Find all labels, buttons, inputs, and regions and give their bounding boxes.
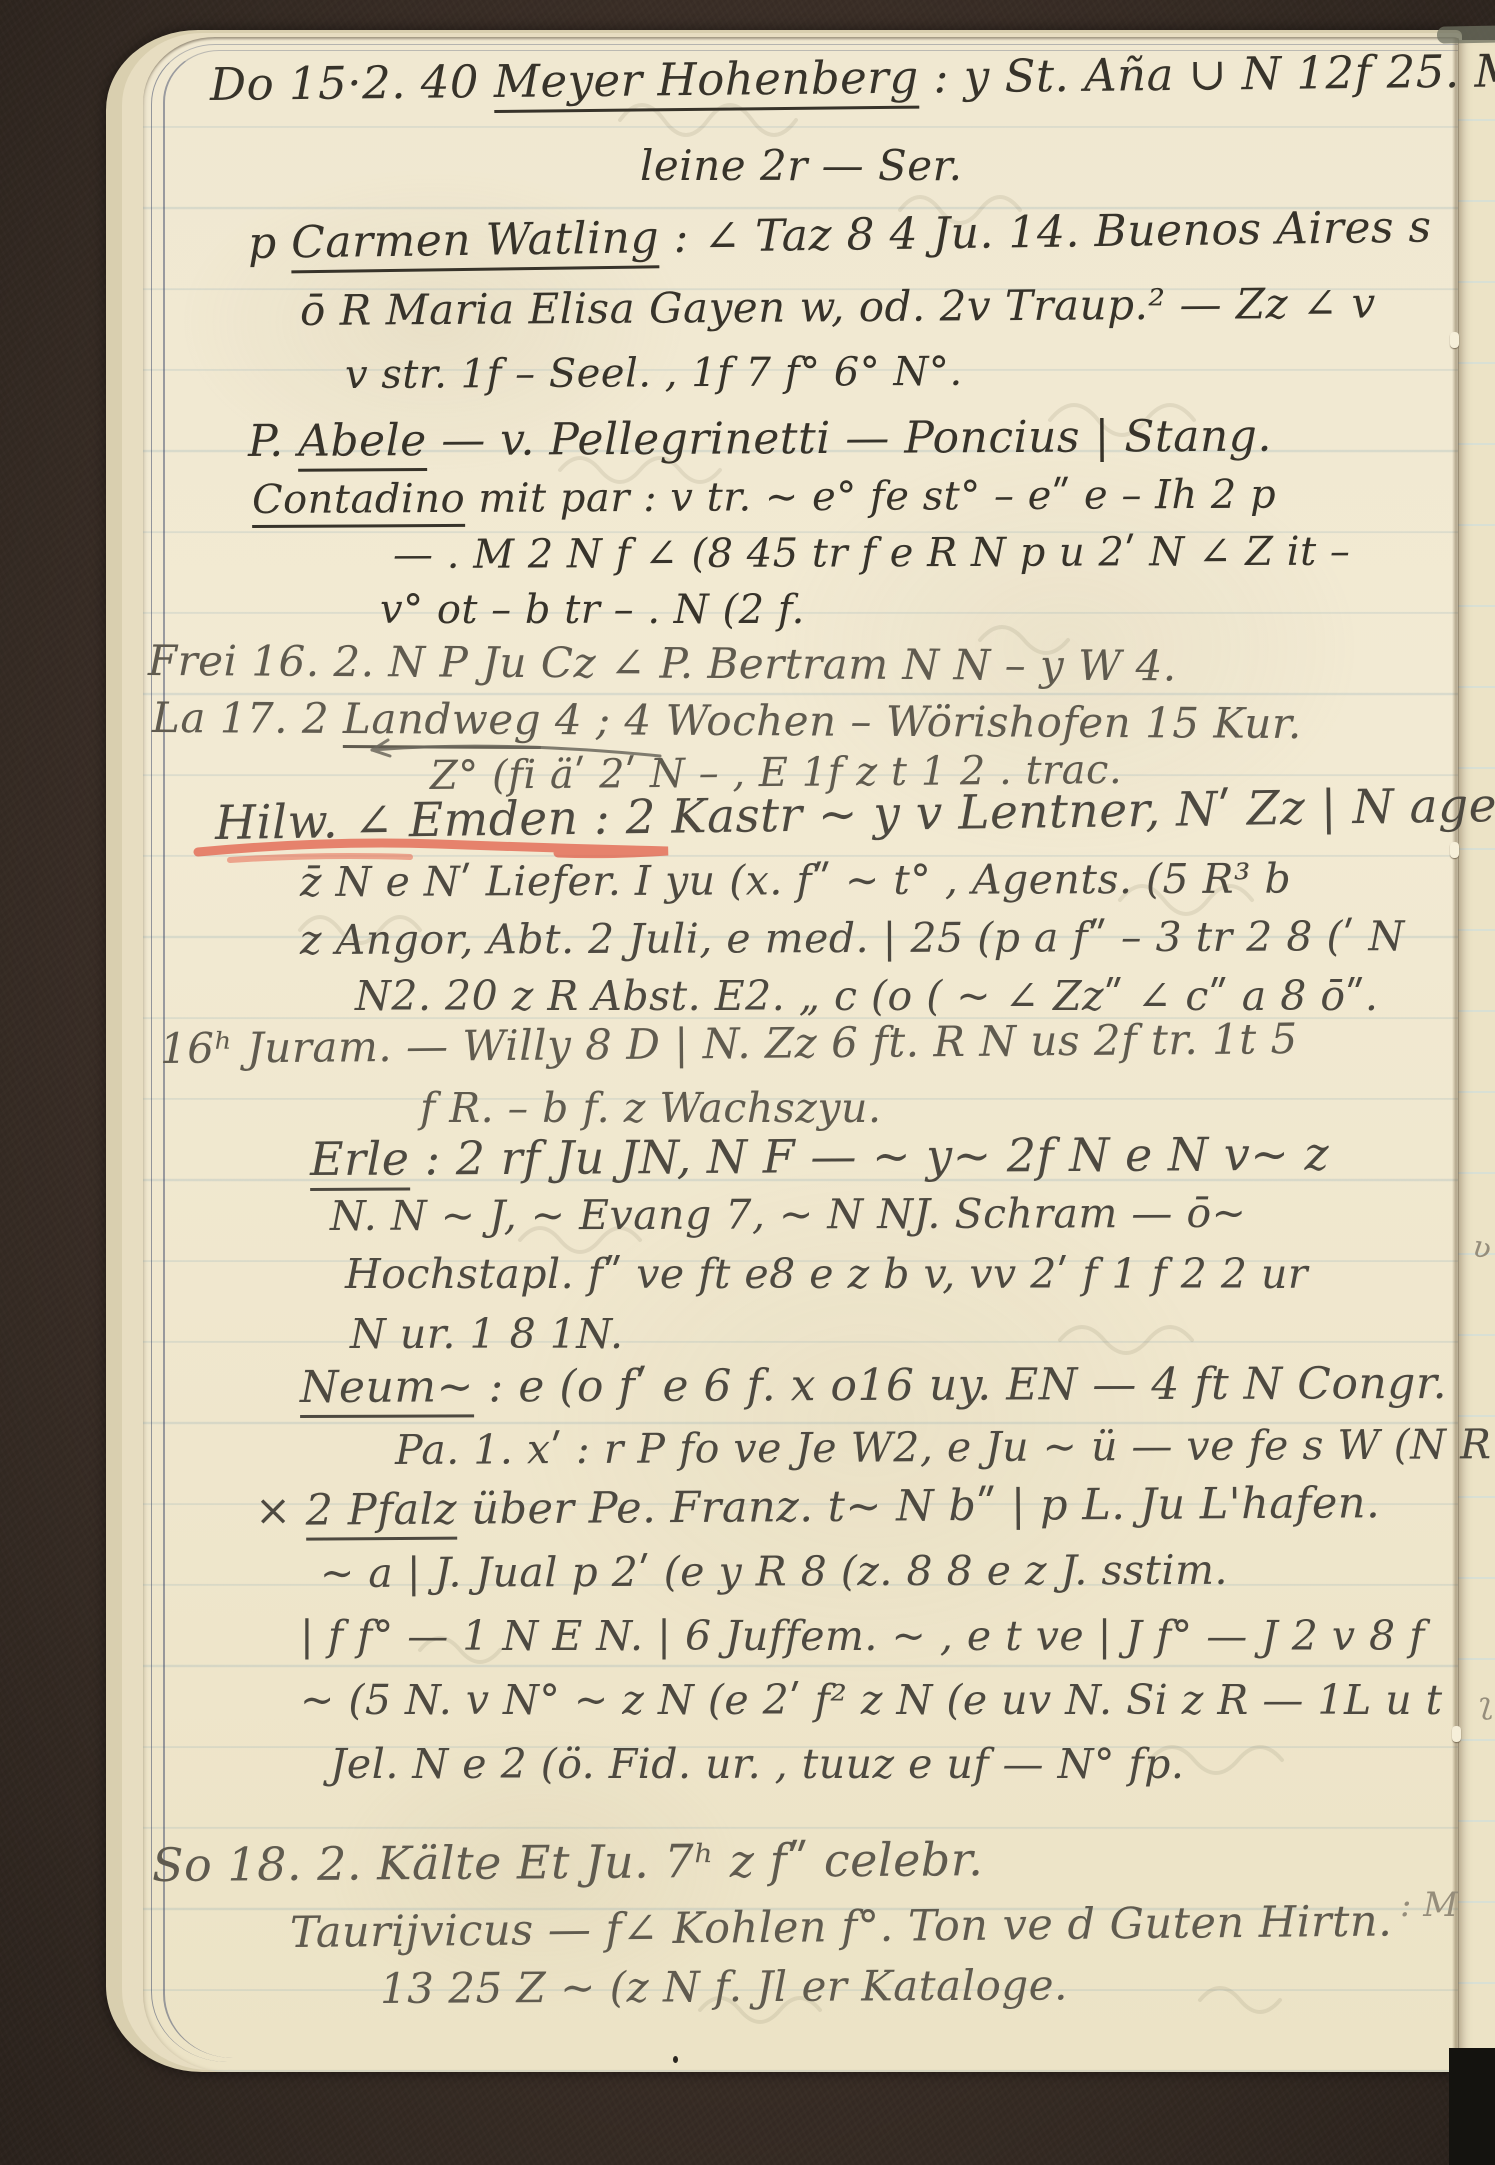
handwriting-line: So 18. 2. Kälte Et Ju. 7ʰ z fʺ celebr. bbox=[152, 1836, 984, 1888]
handwriting-segment: Taurijvicus — f∠ Kohlen f°. Ton ve d Gut… bbox=[290, 1896, 1393, 1958]
handwriting-segment: Hochstapl. fʺ ve ft e8 e z b v, vv 2ʹ f … bbox=[345, 1250, 1308, 1298]
handwriting-line: Hochstapl. fʺ ve ft e8 e z b v, vv 2ʹ f … bbox=[345, 1254, 1308, 1295]
handwriting-segment: Pa. 1. xʹ : r P fo ve Je W2, e Ju ~ ü — … bbox=[395, 1420, 1495, 1474]
handwriting-segment: Landweg bbox=[343, 694, 541, 749]
handwriting-line: Taurijvicus — f∠ Kohlen f°. Ton ve d Gut… bbox=[290, 1900, 1393, 1955]
handwriting-line: ~ (5 N. v N° ~ z N (e 2ʹ f² z N (e uv N.… bbox=[300, 1680, 1443, 1721]
handwriting-segment: z̄ N e Nʹ Liefer. I yu (x. fʺ ~ t° , Age… bbox=[300, 855, 1291, 906]
handwriting-segment: z Angor, Abt. 2 Juli, e med. | 25 (p a f… bbox=[300, 912, 1405, 964]
handwriting-segment: — v. Pellegrinetti — Poncius | Stang. bbox=[427, 411, 1272, 466]
handwriting-segment: N. N ~ J, ~ Evang 7, ~ N NJ. Schram — ō~ bbox=[330, 1189, 1247, 1240]
handwriting-segment: p bbox=[248, 217, 292, 269]
handwriting-segment: 13 25 Z ~ (z N f. Jl er Kataloge. bbox=[380, 1960, 1068, 2013]
handwriting-line: N2. 20 z R Abst. E2. „ c (o ( ~ ∠ Zzʺ ∠ … bbox=[355, 976, 1378, 1017]
handwriting-segment: P. bbox=[248, 416, 298, 467]
handwriting-line: ʅ bbox=[1476, 1689, 1494, 1720]
handwriting-line: Jel. N e 2 (ö. Fid. ur. , tuuz e uf — N°… bbox=[330, 1744, 1184, 1785]
handwriting-segment: N P Ju Cz ∠ P. Bertram N N – y W 4. bbox=[388, 637, 1176, 690]
handwriting-line: ʋ bbox=[1471, 1232, 1494, 1264]
handwriting-segment: Willy 8 D | N. Zz 6 ft. R N us 2f tr. 1t… bbox=[462, 1014, 1298, 1070]
handwriting-segment: ~ a | J. Jual p 2ʹ (e y R 8 (z. 8 8 e z … bbox=[320, 1546, 1228, 1597]
handwriting-segment: 4 ; 4 Wochen – Wörishofen 15 Kur. bbox=[541, 695, 1302, 748]
handwriting-segment: ~ (5 N. v N° ~ z N (e 2ʹ f² z N (e uv N.… bbox=[300, 1676, 1443, 1724]
handwriting-segment: | f f° — 1 N E N. | 6 Juffem. ~ , e t ve… bbox=[300, 1612, 1425, 1660]
handwriting-line: Frei 16. 2. N P Ju Cz ∠ P. Bertram N N –… bbox=[148, 640, 1177, 687]
handwriting-line: Do 15·2. 40 Meyer Hohenberg : y St. Aña … bbox=[210, 47, 1495, 107]
handwriting-line: v str. 1f – Seel. , 1f 7 f° 6° N°. bbox=[345, 352, 963, 395]
handwriting-segment: f R. – b f. z Wachszyu. bbox=[420, 1084, 882, 1132]
handwriting-segment: ʋ bbox=[1471, 1229, 1494, 1266]
handwriting-segment: : ∠ Taz 8 4 Ju. 14. Buenos Aires s bbox=[659, 201, 1432, 263]
handwriting-line: — . M 2 N f ∠ (8 45 tr f e R N p u 2ʹ N … bbox=[393, 532, 1350, 575]
handwriting-segment: : y St. Aña ∪ N 12f 25. Mad– bbox=[918, 43, 1495, 103]
handwriting-segment: — . M 2 N f ∠ (8 45 tr f e R N p u 2ʹ N … bbox=[393, 529, 1350, 578]
handwriting-line: z̄ N e Nʹ Liefer. I yu (x. fʺ ~ t° , Age… bbox=[300, 859, 1291, 903]
handwriting-segment: So 18. 2. bbox=[152, 1837, 362, 1892]
handwriting-line: ō R Maria Elisa Gayen w, od. 2v Traup.² … bbox=[300, 282, 1376, 332]
handwriting-segment: 2 Pfalz bbox=[306, 1485, 458, 1541]
handwriting-segment: v str. 1f – Seel. , 1f 7 f° 6° N°. bbox=[345, 349, 963, 398]
handwriting-line: v° ot – b tr – . N (2 f. bbox=[380, 590, 805, 630]
handwriting-line: ~ a | J. Jual p 2ʹ (e y R 8 (z. 8 8 e z … bbox=[320, 1550, 1228, 1594]
handwriting-segment bbox=[362, 1836, 378, 1890]
handwriting-segment bbox=[448, 1021, 462, 1070]
handwriting-line: P. Abele — v. Pellegrinetti — Poncius | … bbox=[248, 415, 1272, 464]
handwriting-segment: N ur. 1 8 1N. bbox=[350, 1310, 624, 1358]
handwriting-segment: Erle bbox=[310, 1131, 410, 1191]
handwriting-line: Hilw. ∠ Emden : 2 Kastr ~ y v Lentner, N… bbox=[215, 781, 1495, 847]
handwriting-segment: Do 15·2. 40 bbox=[210, 55, 480, 111]
handwriting-segment: La 17. 2 bbox=[152, 693, 343, 743]
notebook-scan: Do 15·2. 40 Meyer Hohenberg : y St. Aña … bbox=[0, 0, 1495, 2165]
handwriting-segment: × bbox=[255, 1486, 306, 1536]
handwriting-line: : M bbox=[1400, 1888, 1459, 1922]
handwriting-segment: : e (o fʹ e 6 f. x o16 uy. EN — 4 ft N C… bbox=[474, 1358, 1447, 1412]
handwriting-segment: mit par : v tr. ~ e° fe st° – eʺ e – Ih … bbox=[465, 472, 1276, 522]
handwriting-segment: Carmen Watling bbox=[291, 212, 660, 273]
handwriting-segment: Kälte Et Ju. 7ʰ z fʺ celebr. bbox=[377, 1832, 984, 1890]
handwriting-line: leine 2r — Ser. bbox=[640, 145, 962, 187]
handwriting-segment bbox=[479, 55, 494, 108]
handwriting-segment: 16ʰ Juram. — bbox=[160, 1021, 449, 1073]
handwriting-line: La 17. 2 Landweg 4 ; 4 Wochen – Wörishof… bbox=[152, 697, 1302, 745]
handwriting-segment: Neum~ bbox=[300, 1361, 474, 1418]
handwriting-line: N ur. 1 8 1N. bbox=[350, 1314, 624, 1355]
handwriting-segment: ō R Maria Elisa Gayen w, od. 2v Traup.² … bbox=[300, 278, 1376, 335]
handwriting-line: 16ʰ Juram. — Willy 8 D | N. Zz 6 ft. R N… bbox=[160, 1018, 1298, 1070]
handwriting-segment: Frei 16. 2. bbox=[148, 636, 375, 686]
handwriting-segment: Jel. N e 2 (ö. Fid. ur. , tuuz e uf — N°… bbox=[330, 1740, 1184, 1788]
handwriting-line: N. N ~ J, ~ Evang 7, ~ N NJ. Schram — ō~ bbox=[330, 1193, 1247, 1237]
handwriting-line: Pa. 1. xʹ : r P fo ve Je W2, e Ju ~ ü — … bbox=[395, 1424, 1495, 1471]
handwriting-line: z Angor, Abt. 2 Juli, e med. | 25 (p a f… bbox=[300, 916, 1405, 961]
handwriting-segment: Hilw. ∠ Emden : 2 Kastr ~ y v Lentner, N… bbox=[215, 777, 1495, 851]
manuscript-text-layer: Do 15·2. 40 Meyer Hohenberg : y St. Aña … bbox=[0, 0, 1495, 2165]
handwriting-line: Erle : 2 rf Ju JN, N F — ~ y~ 2f N e N v… bbox=[310, 1131, 1329, 1182]
handwriting-segment: Abele bbox=[298, 415, 427, 472]
handwriting-segment: leine 2r — Ser. bbox=[640, 141, 962, 190]
handwriting-segment: N2. 20 z R Abst. E2. „ c (o ( ~ ∠ Zzʺ ∠ … bbox=[355, 972, 1378, 1020]
handwriting-segment: Contadino bbox=[252, 476, 465, 528]
handwriting-line: × 2 Pfalz über Pe. Franz. t~ N bʺ | p L.… bbox=[255, 1482, 1380, 1533]
handwriting-segment: : M bbox=[1400, 1885, 1459, 1925]
handwriting-segment: v° ot – b tr – . N (2 f. bbox=[380, 587, 805, 633]
handwriting-segment: über Pe. Franz. t~ N bʺ | p L. Ju L'hafe… bbox=[457, 1478, 1380, 1534]
handwriting-segment: : 2 rf Ju JN, N F — ~ y~ 2f N e N v~ z bbox=[409, 1127, 1329, 1186]
handwriting-segment: ʅ bbox=[1476, 1686, 1495, 1722]
handwriting-line: Neum~ : e (o fʹ e 6 f. x o16 uy. EN — 4 … bbox=[300, 1362, 1447, 1410]
handwriting-line: p Carmen Watling : ∠ Taz 8 4 Ju. 14. Bue… bbox=[248, 205, 1432, 266]
handwriting-line: | f f° — 1 N E N. | 6 Juffem. ~ , e t ve… bbox=[300, 1616, 1425, 1657]
handwriting-line: 13 25 Z ~ (z N f. Jl er Kataloge. bbox=[380, 1964, 1068, 2010]
handwriting-line: f R. – b f. z Wachszyu. bbox=[420, 1088, 882, 1129]
handwriting-segment: Meyer Hohenberg bbox=[494, 51, 919, 113]
handwriting-segment bbox=[374, 637, 388, 686]
handwriting-line: Contadino mit par : v tr. ~ e° fe st° – … bbox=[252, 475, 1276, 520]
